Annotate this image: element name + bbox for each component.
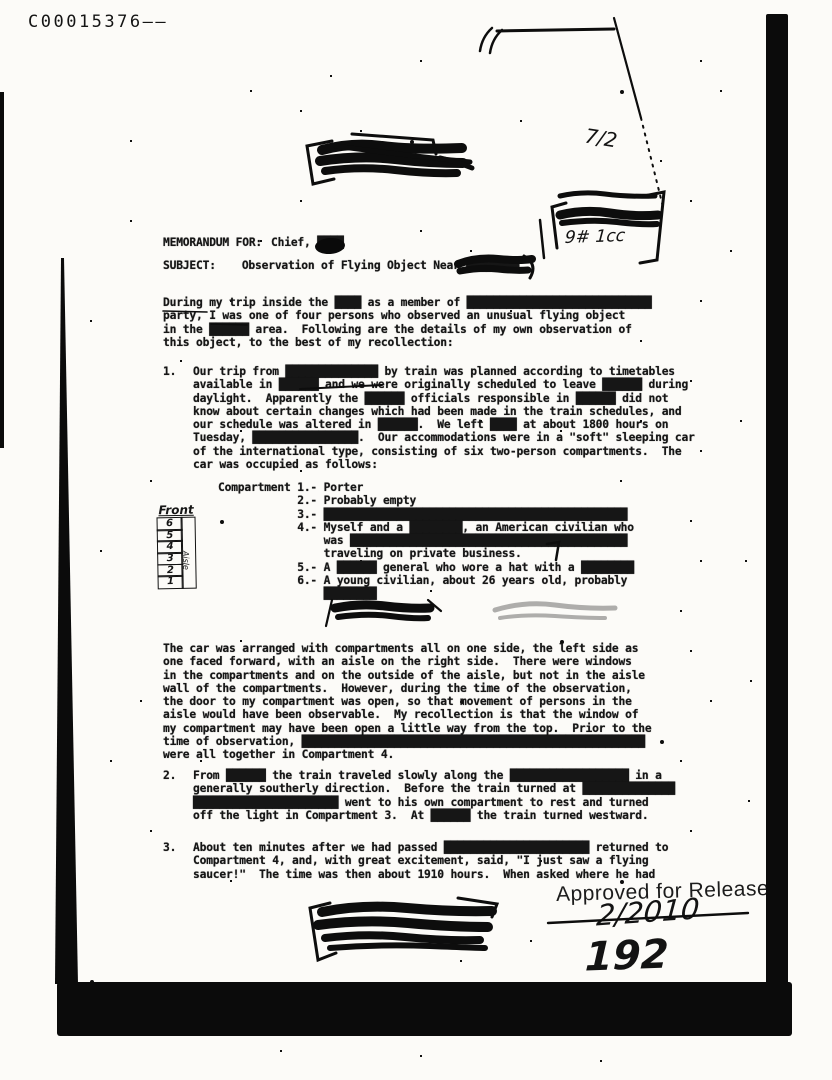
scan-noise-dots-large — [0, 0, 4, 4]
scribble-redaction-bottom — [310, 898, 497, 960]
corner-pen-mark: 7/2 — [583, 124, 619, 153]
memo-for-value: Chief, ████ — [271, 236, 344, 249]
text-line: party, I was one of four persons who obs… — [163, 309, 652, 322]
page-number: 192 — [584, 932, 669, 981]
text-line: The car was arranged with compartments a… — [163, 642, 652, 655]
text-line: ████████ — [218, 587, 634, 600]
text-line: saucer!" The time was then about 1910 ho… — [193, 868, 668, 881]
paragraph-number: 1. — [163, 365, 193, 471]
text-line: time of observation, ███████████████████… — [163, 735, 652, 748]
diagram-compartment-cell: 1 — [158, 575, 184, 589]
text-line: available in ██████ and we were original… — [193, 378, 695, 391]
document-id: C00015376—— — [28, 12, 168, 32]
paragraph-2: 2. From ██████ the train traveled slowly… — [163, 769, 675, 822]
text-line: my compartment may have been open a litt… — [163, 722, 652, 735]
paragraph-number: 2. — [163, 769, 193, 822]
scribble-redaction-top — [307, 134, 472, 184]
text-line: generally southerly direction. Before th… — [193, 782, 675, 795]
text-line: of the international type, consisting of… — [193, 445, 695, 458]
paragraph-1: 1. Our trip from ██████████████ by train… — [163, 365, 695, 471]
diagram-box: 654321 Aisle — [157, 519, 197, 589]
text-line: wall of the compartments. However, durin… — [163, 682, 652, 695]
scan-border-right — [766, 14, 788, 988]
text-line: During my trip inside the ████ as a memb… — [163, 296, 652, 309]
text-line: About ten minutes after we had passed ██… — [193, 841, 668, 854]
routing-note: 9# 1cc — [564, 226, 626, 248]
page-edge-left — [55, 258, 78, 984]
text-line: was ████████████████████████████████████… — [218, 534, 634, 547]
scribble-redaction-item6 — [326, 600, 441, 626]
text-line: know about certain changes which had bee… — [193, 405, 695, 418]
text-line: in the ██████ area. Following are the de… — [163, 323, 652, 336]
text-line: aisle would have been observable. My rec… — [163, 708, 652, 721]
faint-smudge — [495, 604, 615, 618]
text-line: 3.- ████████████████████████████████████… — [218, 508, 634, 521]
text-line: traveling on private business. — [218, 547, 634, 560]
intro-paragraph: During my trip inside the ████ as a memb… — [163, 296, 652, 349]
diagram-aisle-column: Aisle — [181, 517, 197, 589]
text-line: off the light in Compartment 3. At █████… — [193, 809, 675, 822]
seating-diagram: Front 654321 Aisle — [156, 503, 197, 589]
text-line: the door to my compartment was open, so … — [163, 695, 652, 708]
subject-label: SUBJECT: — [163, 259, 216, 272]
car-arrangement-paragraph: The car was arranged with compartments a… — [163, 642, 652, 762]
torn-page-edge — [480, 18, 663, 207]
subject-line: SUBJECT: Observation of Flying Object Ne… — [163, 259, 519, 272]
subject-value: Observation of Flying Object Near ██████… — [242, 259, 519, 272]
text-line: were all together in Compartment 4. — [163, 748, 652, 761]
paragraph-3: 3. About ten minutes after we had passed… — [163, 841, 668, 881]
scan-border-left-strip — [0, 92, 4, 448]
text-line: daylight. Apparently the ██████ official… — [193, 392, 695, 405]
memo-for-label: MEMORANDUM FOR: — [163, 236, 262, 249]
diagram-aisle-label: Aisle — [181, 551, 190, 570]
text-line: Compartment 4, and, with great excitemen… — [193, 854, 668, 867]
paragraph-number: 3. — [163, 841, 193, 881]
text-line: our schedule was altered in ██████. We l… — [193, 418, 695, 431]
scanned-memo-page: C00015376—— MEMORANDUM FOR: Chief, ████ … — [0, 0, 832, 1080]
text-line: Compartment 1.- Porter — [218, 481, 634, 494]
text-line: 2.- Probably empty — [218, 494, 634, 507]
release-date: 2/2010 — [595, 891, 700, 932]
text-line: Our trip from ██████████████ by train wa… — [193, 365, 695, 378]
text-line: Tuesday, ████████████████. Our accommoda… — [193, 431, 695, 444]
text-line: in the compartments and on the outside o… — [163, 669, 652, 682]
text-line: ██████████████████████ went to his own c… — [193, 796, 675, 809]
text-line: 6.- A young civilian, about 26 years old… — [218, 574, 634, 587]
memo-for-line: MEMORANDUM FOR: Chief, ████ — [163, 236, 344, 249]
diagram-front-label: Front — [158, 503, 195, 518]
compartment-list: Compartment 1.- Porter 2.- Probably empt… — [218, 481, 634, 601]
text-line: one faced forward, with an aisle on the … — [163, 655, 652, 668]
text-line: car was occupied as follows: — [193, 458, 695, 471]
text-line: 5.- A ██████ general who wore a hat with… — [218, 561, 634, 574]
text-line: From ██████ the train traveled slowly al… — [193, 769, 675, 782]
text-line: 4.- Myself and a ████████, an American c… — [218, 521, 634, 534]
text-line: this object, to the best of my recollect… — [163, 336, 652, 349]
scan-border-bottom — [57, 982, 792, 1036]
